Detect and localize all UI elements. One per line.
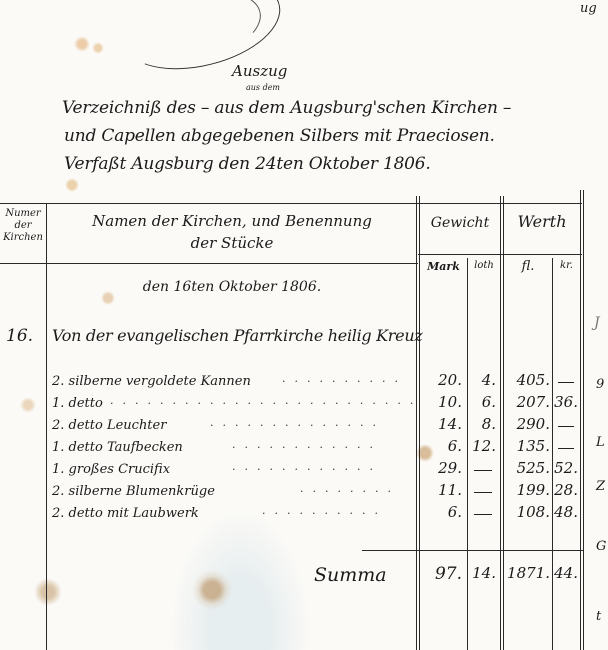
col-divider-mark (467, 258, 468, 650)
item-fl: 207. (504, 395, 550, 410)
summa-label: Summa (314, 566, 387, 585)
heading-auszug: Auszug (232, 64, 287, 79)
date-row: den 16ten Oktober 1806. (48, 280, 416, 294)
heading-aus-dem: aus dem (246, 84, 280, 92)
header-number-line-3: Kirchen (0, 232, 46, 244)
leader-dots: ............ (232, 461, 382, 472)
church-number: 16. (6, 328, 33, 345)
header-bottom-rule-left (0, 263, 418, 264)
item-loth: 8. (468, 417, 496, 432)
header-number-col: Numer der Kirchen (0, 208, 46, 244)
item-description: 2. silberne Blumenkrüge (52, 485, 215, 498)
col-divider-fl (552, 258, 553, 650)
item-mark: 29. (420, 461, 462, 476)
item-fl: 108. (504, 505, 550, 520)
item-loth: 6. (468, 395, 496, 410)
leader-dots: .............. (210, 417, 385, 428)
header-names-line-1: Namen der Kirchen, und Benennung (48, 210, 416, 232)
item-mark: 6. (420, 439, 462, 454)
col-divider-weight (500, 196, 501, 650)
item-kr: 28. (553, 483, 578, 498)
title-line-1: Verzeichniß des – aus dem Augsburg'schen… (62, 100, 511, 117)
item-fl: 525. (504, 461, 550, 476)
margin-fragment: G (596, 540, 606, 553)
church-name: Von der evangelischen Pfarrkirche heilig… (52, 328, 422, 344)
item-loth-dash (474, 492, 492, 493)
margin-fragment: 9 (596, 378, 604, 391)
leader-dots: ......................... (110, 395, 422, 406)
item-loth: 12. (468, 439, 496, 454)
summa-mark: 97. (420, 566, 462, 583)
item-kr-dash (558, 426, 574, 427)
leader-dots: ........ (300, 483, 400, 494)
item-kr: 48. (553, 505, 578, 520)
header-number-line-1: Numer (0, 208, 46, 220)
item-description: 2. detto mit Laubwerk (52, 507, 199, 520)
summa-loth: 14. (468, 566, 496, 581)
item-mark: 14. (420, 417, 462, 432)
col-divider-number (46, 203, 47, 650)
item-loth: 4. (468, 373, 496, 388)
header-kr: kr. (553, 261, 580, 271)
summa-kr: 44. (553, 566, 578, 581)
item-mark: 6. (420, 505, 462, 520)
header-names-line-2: der Stücke (48, 232, 416, 254)
leader-dots: .......... (262, 505, 387, 516)
header-number-line-2: der (0, 220, 46, 232)
item-description: 1. detto Taufbecken (52, 441, 183, 454)
col-divider-right-double (583, 190, 584, 650)
item-kr: 36. (553, 395, 578, 410)
table-top-rule (0, 203, 582, 204)
margin-fragment: L (596, 436, 605, 449)
header-fl: fl. (504, 260, 552, 273)
item-loth-dash (474, 470, 492, 471)
margin-fragment: Z (596, 480, 605, 493)
item-mark: 11. (420, 483, 462, 498)
item-description: 2. detto Leuchter (52, 419, 166, 432)
header-loth: loth (468, 261, 500, 271)
item-loth-dash (474, 514, 492, 515)
leader-dots: .......... (282, 373, 407, 384)
item-mark: 10. (420, 395, 462, 410)
header-names-col: Namen der Kirchen, und Benennung der Stü… (48, 210, 416, 254)
margin-fragment: t (596, 610, 601, 623)
item-kr-dash (558, 448, 574, 449)
col-divider-names (416, 196, 417, 650)
item-fl: 135. (504, 439, 550, 454)
summa-rule (362, 550, 584, 551)
item-fl: 199. (504, 483, 550, 498)
item-fl: 405. (504, 373, 550, 388)
col-divider-right (580, 190, 581, 650)
item-fl: 290. (504, 417, 550, 432)
item-kr-dash (558, 382, 574, 383)
header-mark: Mark (420, 261, 467, 272)
item-kr: 52. (553, 461, 578, 476)
item-description: 2. silberne vergoldete Kannen (52, 375, 251, 388)
item-mark: 20. (420, 373, 462, 388)
header-value-group: Werth (504, 214, 580, 230)
item-description: 1. großes Crucifix (52, 463, 170, 476)
margin-fragment: J (594, 316, 600, 330)
leader-dots: ............ (232, 439, 382, 450)
title-line-2: und Capellen abgegebenen Silbers mit Pra… (64, 128, 495, 145)
header-weight-group: Gewicht (420, 216, 500, 230)
margin-fragment-top: ug (580, 2, 597, 15)
summa-fl: 1871. (504, 566, 550, 581)
title-line-3: Verfaßt Augsburg den 24ten Oktober 1806. (64, 156, 431, 173)
item-description: 1. detto (52, 397, 103, 410)
manuscript-page: ug Auszug aus dem Verzeichniß des – aus … (0, 0, 608, 650)
